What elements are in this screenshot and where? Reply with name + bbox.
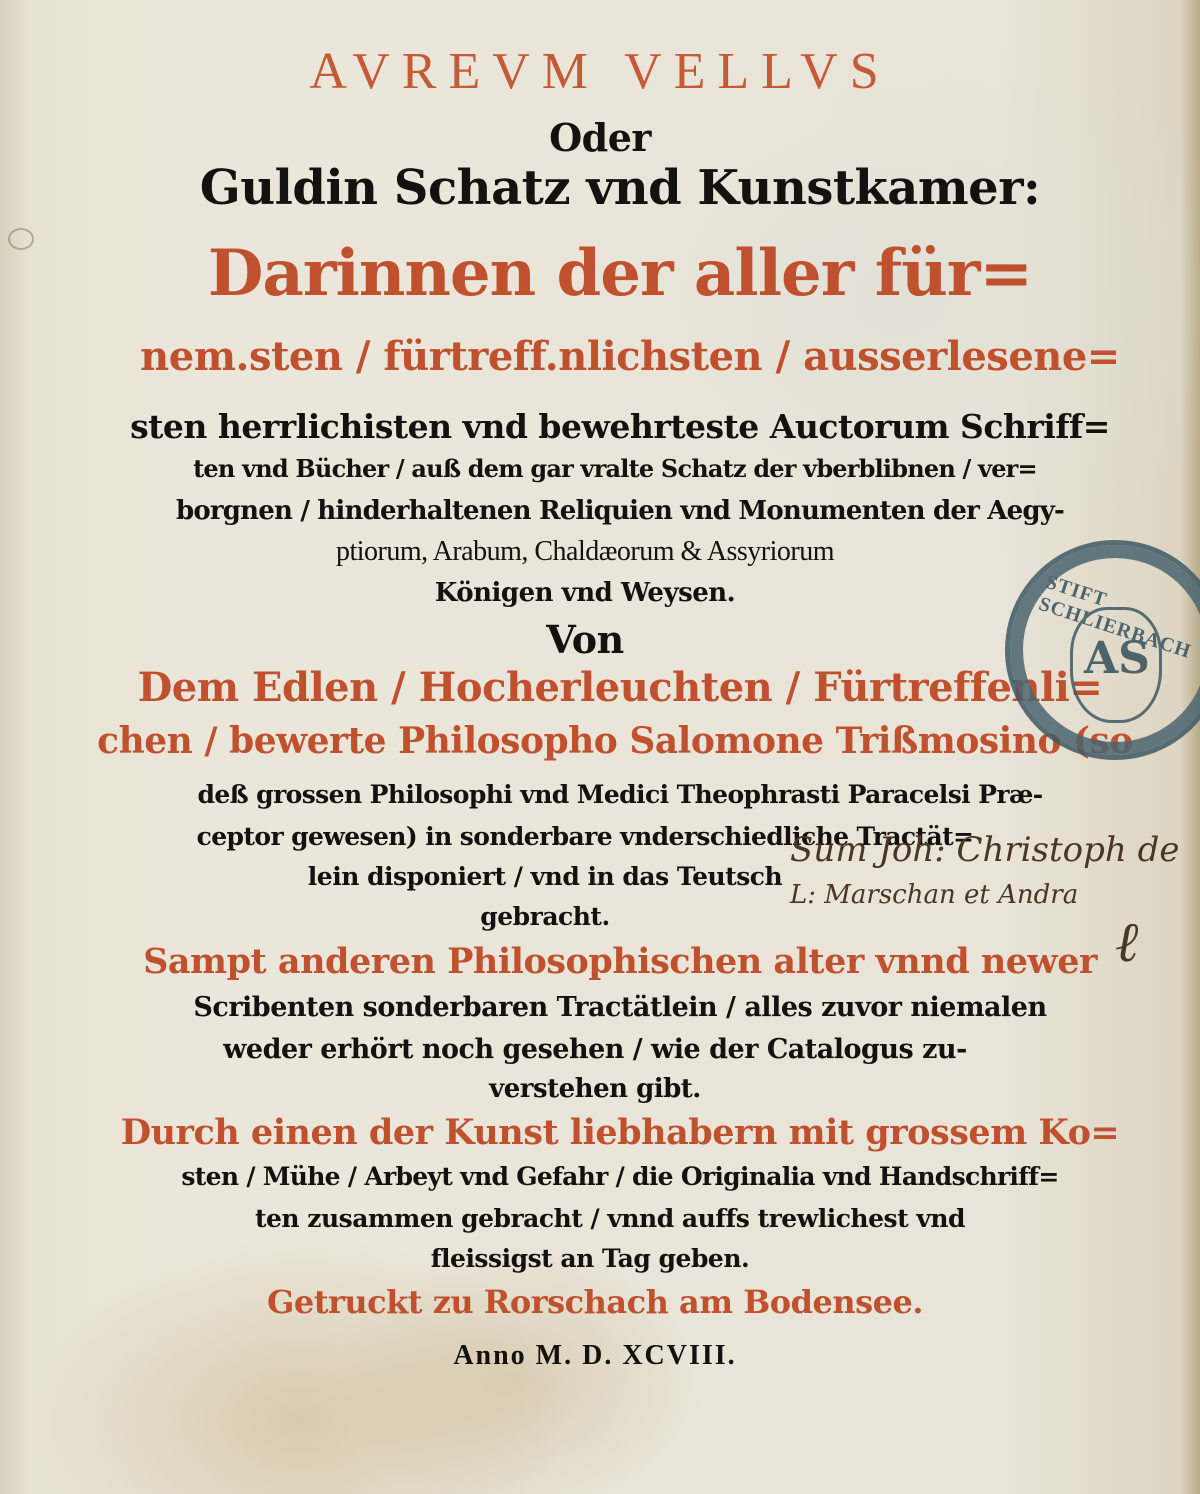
line-20: sten / Mühe / Arbeyt vnd Gefahr / die Or… <box>40 1162 1200 1191</box>
line-21: ten zusammen gebracht / vnnd auffs trewl… <box>20 1204 1200 1233</box>
handwritten-note-line-2: L: Marschan et Andra <box>790 880 1078 910</box>
line-11: deß grossen Philosophi vnd Medici Theoph… <box>40 780 1200 809</box>
line-5: borgnen / hinderhaltenen Reliquien vnd M… <box>40 496 1200 526</box>
line-19: Durch einen der Kunst liebhabern mit gro… <box>40 1112 1200 1153</box>
line-printer: Getruckt zu Rorschach am Bodensee. <box>0 1283 1200 1321</box>
subtitle-or: Oder <box>0 115 1200 160</box>
line-16: Scribenten sonderbaren Tractätlein / all… <box>40 992 1200 1023</box>
title-page: AVREVM VELLVS Oder Guldin Schatz vnd Kun… <box>0 0 1200 1494</box>
line-year: Anno M. D. XCVIII. <box>0 1340 1200 1372</box>
line-4: ten vnd Bücher / auß dem gar vralte Scha… <box>30 454 1200 483</box>
line-17: weder erhört noch gesehen / wie der Cata… <box>0 1034 1200 1065</box>
stamp-monogram: AS <box>1084 633 1150 684</box>
subtitle-main: Guldin Schatz vnd Kunstkamer: <box>40 160 1200 216</box>
handwritten-note-line-1: Sum Joh: Christoph de <box>790 830 1179 870</box>
margin-ornament-icon <box>8 228 34 250</box>
line-22: fleissigst an Tag geben. <box>0 1244 1200 1273</box>
line-1: Darinnen der aller für= <box>40 236 1200 311</box>
line-3: sten herrlichisten vnd bewehrteste Aucto… <box>40 407 1200 446</box>
line-15: Sampt anderen Philosophischen alter vnnd… <box>40 941 1200 982</box>
line-10: chen / bewerte Philosopho Salomone Trißm… <box>30 720 1200 762</box>
handwritten-flourish-icon: ℓ <box>1115 910 1138 975</box>
line-2: nem.sten / fürtreff.nlichsten / ausserle… <box>60 333 1200 380</box>
line-6: ptiorum, Arabum, Chaldæorum & Assyriorum <box>0 536 1200 568</box>
line-18: verstehen gibt. <box>0 1074 1200 1104</box>
title-caps: AVREVM VELLVS <box>0 42 1200 101</box>
